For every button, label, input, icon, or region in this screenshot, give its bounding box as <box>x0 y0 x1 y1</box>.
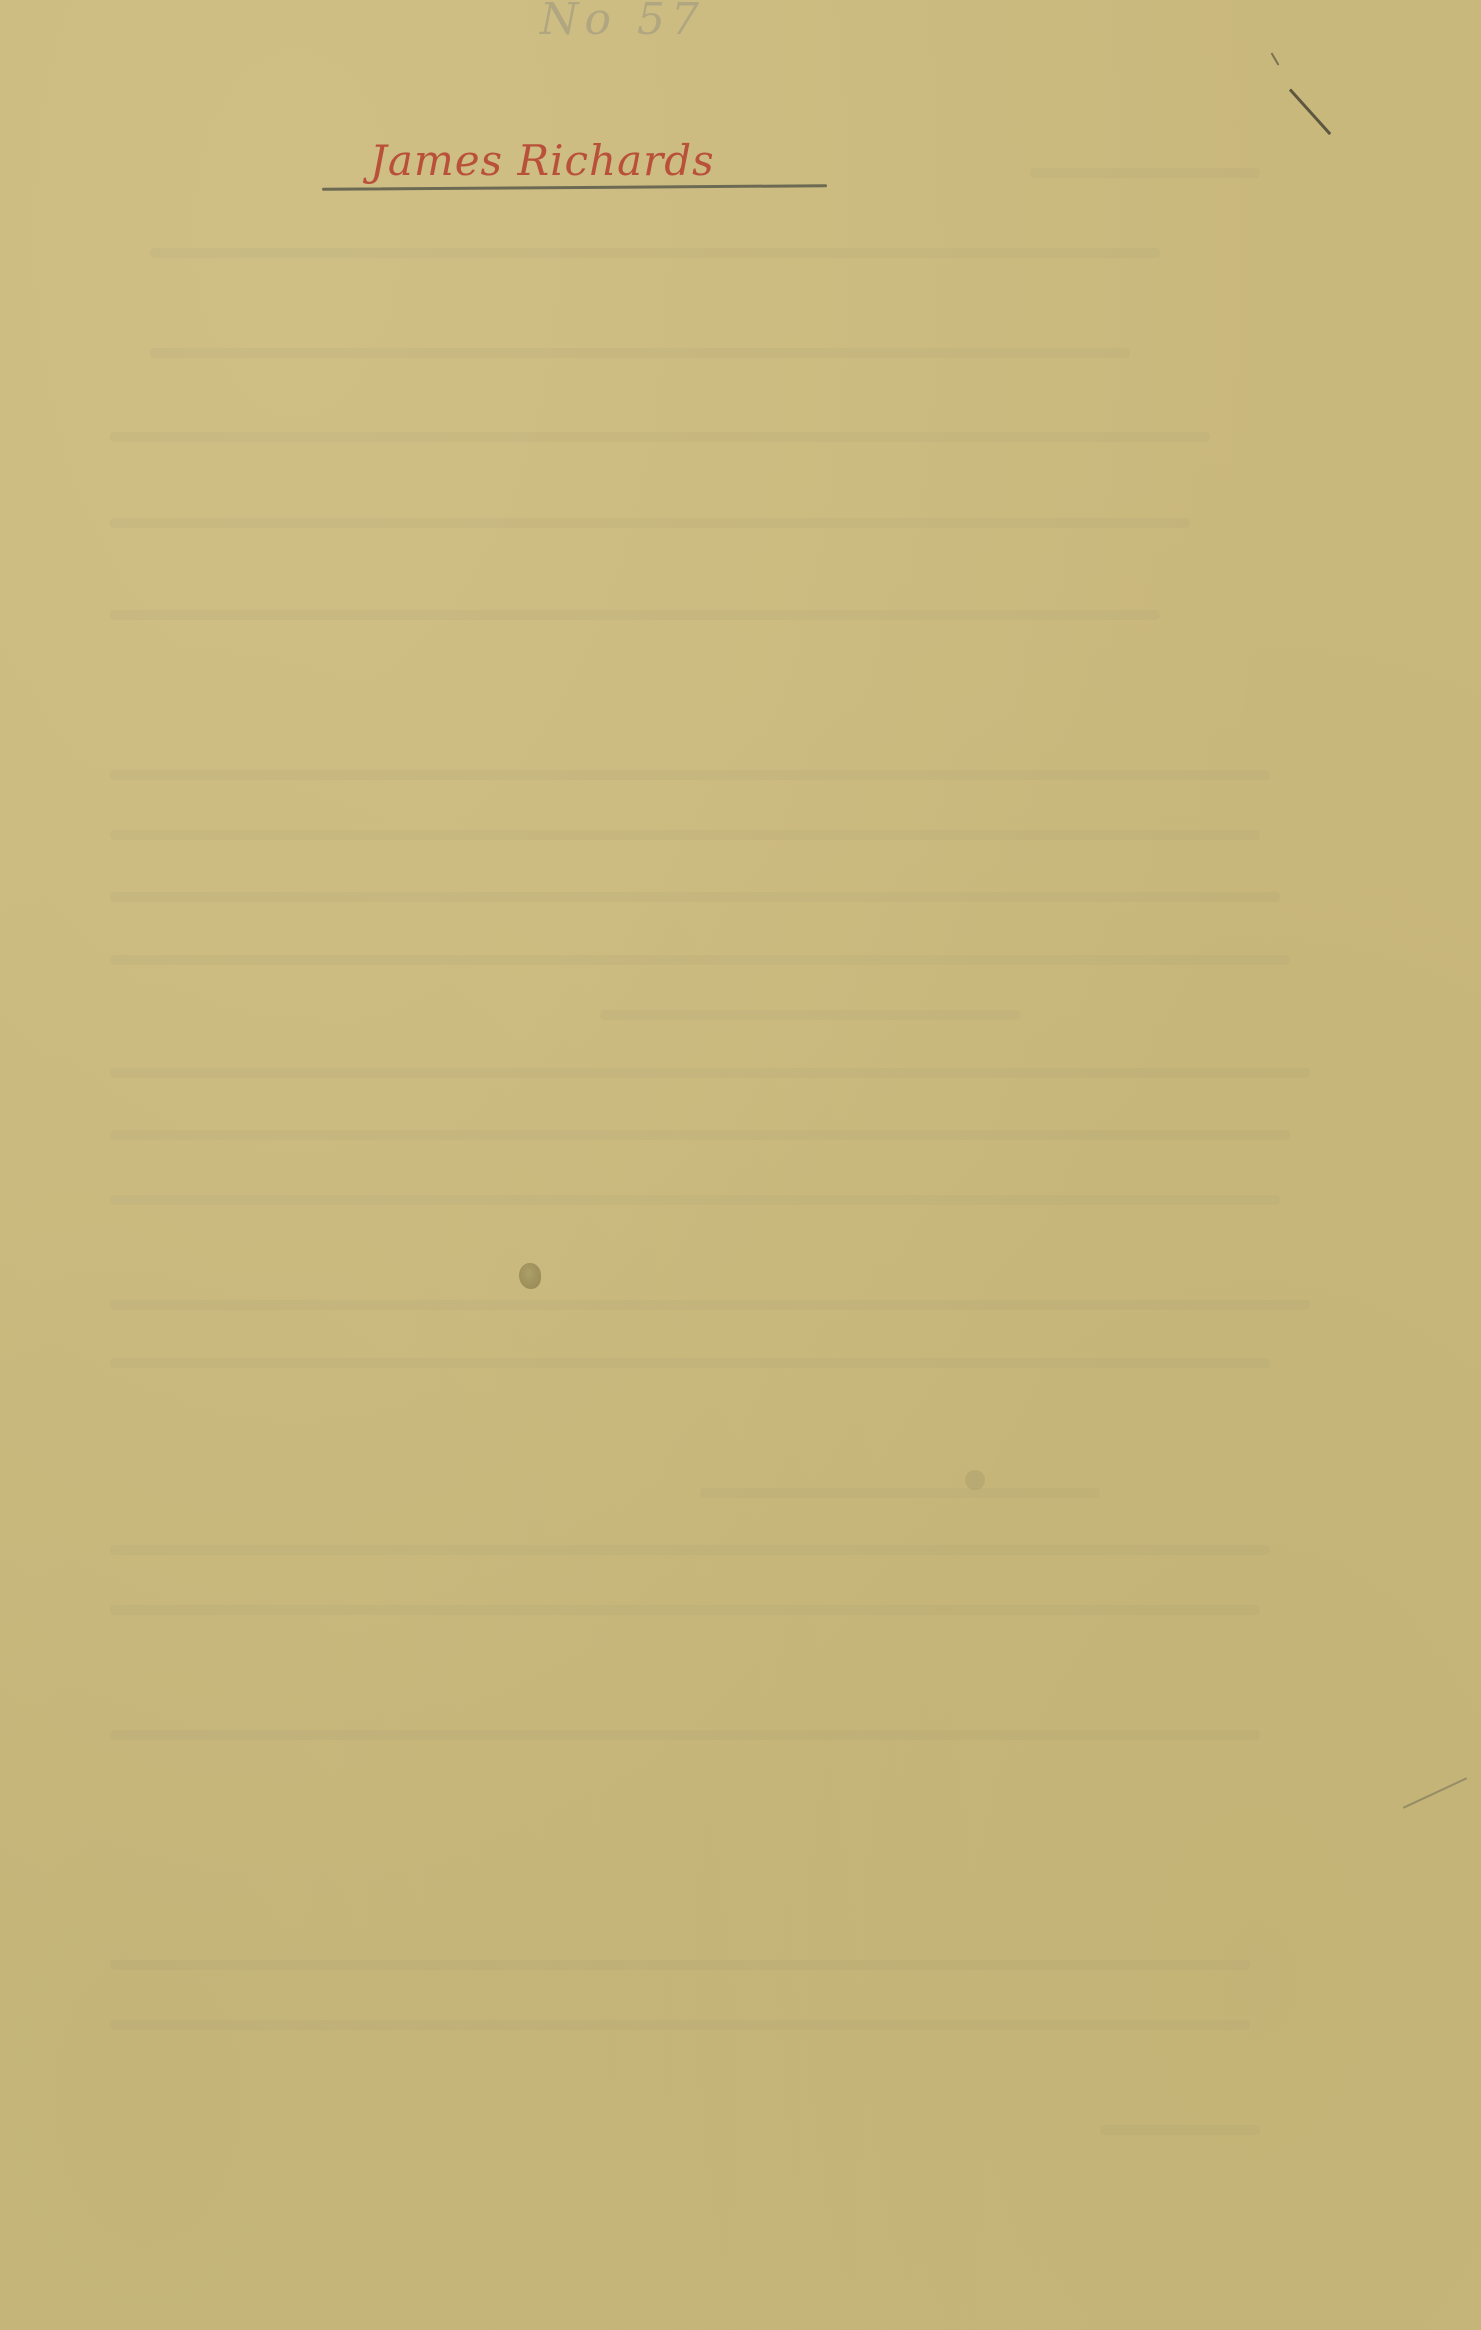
bleed-through-line <box>110 1545 1270 1555</box>
document-page: No 57 James Richards <box>0 0 1481 2330</box>
bleed-through-line <box>110 1300 1310 1310</box>
bleed-through-line <box>600 1010 1020 1020</box>
bleed-through-line <box>110 1068 1310 1078</box>
corner-mark <box>1271 52 1280 65</box>
bleed-through-line <box>110 1730 1260 1740</box>
bleed-through-line <box>1100 2125 1260 2135</box>
signature: James Richards <box>370 136 715 185</box>
signature-underline <box>322 184 827 191</box>
corner-mark <box>1289 88 1331 135</box>
bleed-through-line <box>110 955 1290 965</box>
bleed-through-line <box>110 1358 1270 1368</box>
bleed-through-line <box>110 1960 1250 1970</box>
edge-mark <box>1403 1777 1467 1808</box>
bleed-through-line <box>110 432 1210 442</box>
bleed-through-line <box>110 518 1190 528</box>
bleed-through-line <box>110 1130 1290 1140</box>
bleed-through-line <box>110 610 1160 620</box>
bleed-through-line <box>150 348 1130 358</box>
bleed-through-line <box>110 1195 1280 1205</box>
bleed-through-line <box>150 248 1160 258</box>
bleed-through-line <box>110 892 1280 902</box>
bleed-through-line <box>1030 168 1260 178</box>
bleed-through-line <box>110 830 1260 840</box>
bleed-through-line <box>110 1605 1260 1615</box>
bleed-through-line <box>700 1488 1100 1498</box>
pencil-page-number: No 57 <box>540 0 705 45</box>
signature-block: James Richards <box>322 120 827 240</box>
bleed-through-line <box>110 770 1270 780</box>
stain-spot <box>965 1470 985 1490</box>
bleed-through-line <box>110 2020 1250 2030</box>
stain-spot <box>519 1263 541 1289</box>
